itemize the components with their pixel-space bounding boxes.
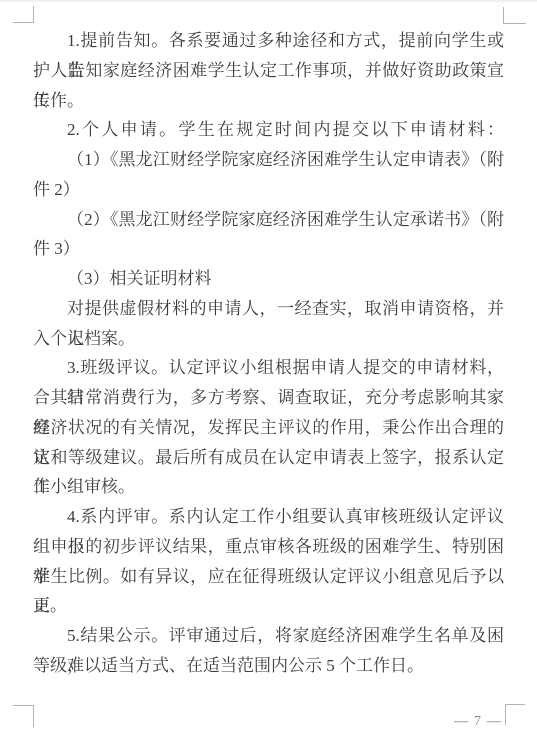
text-line: 合其日常消费行为，多方考察、调查取证，充分考虑影响其家庭 — [33, 383, 504, 413]
page-number-dash-left: — — [454, 714, 468, 729]
text-line: 组申报的初步评议结果，重点审核各班级的困难学生、特别困难 — [33, 532, 504, 562]
text-line: 5.结果公示。评审通过后，将家庭经济困难学生名单及困难 — [33, 621, 504, 651]
text-line: 护人告知家庭经济困难学生认定工作事项，并做好资助政策宣传 — [33, 56, 504, 86]
text-line: 2.个人申请。学生在规定时间内提交以下申请材料： — [33, 115, 504, 145]
text-line: 作小组审核。 — [33, 472, 504, 502]
page-number-value: 7 — [468, 714, 487, 729]
paragraph: （3）相关证明材料 — [33, 264, 504, 294]
paragraph: （1）《黑龙江财经学院家庭经济困难学生认定申请表》（附件 2） — [33, 145, 504, 205]
text-line: 正。 — [33, 591, 504, 621]
text-line: 入个人档案。 — [33, 324, 504, 354]
paragraph: 5.结果公示。评审通过后，将家庭经济困难学生名单及困难等级，以适当方式、在适当范… — [33, 621, 504, 681]
paragraph: （2）《黑龙江财经学院家庭经济困难学生认定承诺书》（附件 3） — [33, 205, 504, 265]
paragraph: 对提供虚假材料的申请人，一经查实，取消申请资格，并记入个人档案。 — [33, 294, 504, 354]
text-line: 定和等级建议。最后所有成员在认定申请表上签字，报系认定工 — [33, 443, 504, 473]
page-number-dash-right: — — [487, 714, 501, 729]
text-line: 1.提前告知。各系要通过多种途径和方式，提前向学生或监 — [33, 26, 504, 56]
text-line: 3.班级评议。认定评议小组根据申请人提交的申请材料，结 — [33, 353, 504, 383]
text-line: 工作。 — [33, 86, 504, 116]
paragraph: 4.系内评审。系内认定工作小组要认真审核班级认定评议小组申报的初步评议结果，重点… — [33, 502, 504, 621]
document-page: { "colors": { "text": "#3d3d3d", "crop_m… — [0, 0, 537, 753]
text-line: （2）《黑龙江财经学院家庭经济困难学生认定承诺书》（附 — [33, 205, 504, 235]
text-line: （3）相关证明材料 — [33, 264, 504, 294]
text-line: 经济状况的有关情况，发挥民主评议的作用，秉公作出合理的认 — [33, 413, 504, 443]
crop-mark-bottom-left-icon — [13, 705, 34, 727]
text-line: 4.系内评审。系内认定工作小组要认真审核班级认定评议小 — [33, 502, 504, 532]
text-line: 件 3） — [33, 234, 504, 264]
text-line: 等级，以适当方式、在适当范围内公示 5 个工作日。 — [33, 651, 504, 681]
window-top-edge — [0, 0, 537, 3]
paragraph: 2.个人申请。学生在规定时间内提交以下申请材料： — [33, 115, 504, 145]
text-line: 对提供虚假材料的申请人，一经查实，取消申请资格，并记 — [33, 294, 504, 324]
document-text: 1.提前告知。各系要通过多种途径和方式，提前向学生或监护人告知家庭经济困难学生认… — [33, 26, 504, 681]
text-line: 件 2） — [33, 175, 504, 205]
page-number: —7— — [454, 712, 501, 732]
crop-mark-bottom-right-icon — [505, 704, 525, 725]
crop-mark-top-right-icon — [503, 7, 526, 24]
crop-mark-top-left-icon — [13, 6, 34, 23]
paragraph: 1.提前告知。各系要通过多种途径和方式，提前向学生或监护人告知家庭经济困难学生认… — [33, 26, 504, 115]
text-line: 学生比例。如有异议，应在征得班级认定评议小组意见后予以更 — [33, 562, 504, 592]
text-line: （1）《黑龙江财经学院家庭经济困难学生认定申请表》（附 — [33, 145, 504, 175]
paragraph: 3.班级评议。认定评议小组根据申请人提交的申请材料，结合其日常消费行为，多方考察… — [33, 353, 504, 502]
